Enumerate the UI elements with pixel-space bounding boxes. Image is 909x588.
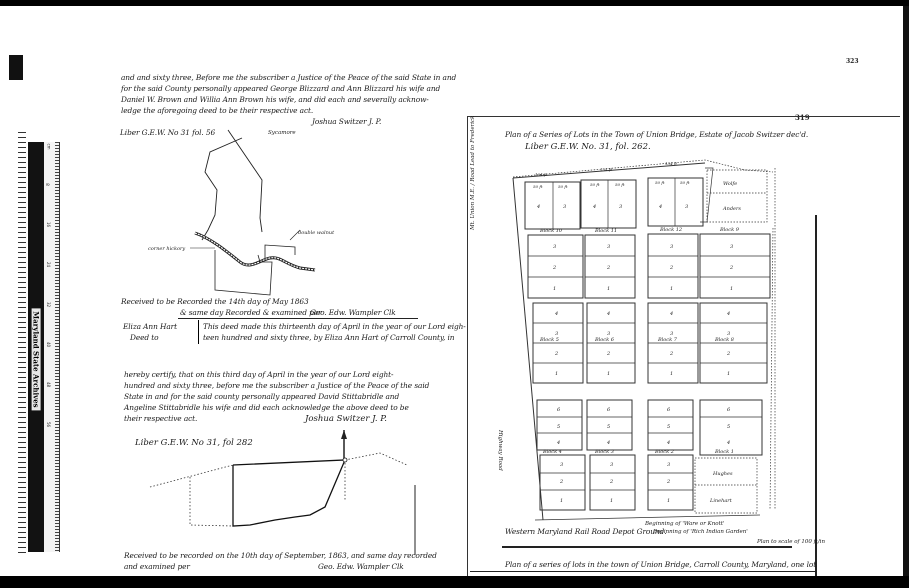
- svg-text:3: 3: [553, 244, 556, 250]
- svg-text:1: 1: [730, 286, 733, 292]
- depot-ground-label: Western Maryland Rail Road Depot Ground.: [505, 527, 666, 536]
- measurement-ruler: Maryland State Archives cm 8 16 24 32 40…: [4, 132, 60, 557]
- svg-text:4: 4: [554, 311, 558, 317]
- block-7-label: Block 7: [657, 337, 678, 343]
- beginning-note-1: Beginning of 'Ware or Knott': [645, 521, 725, 527]
- recorded-note-2-line-2: and examined per: [124, 562, 190, 571]
- block-3-label: Block 3: [594, 449, 614, 455]
- owner-anders: Anders: [722, 206, 741, 212]
- ruler-brand-label: Maryland State Archives: [28, 307, 44, 412]
- block-11-label: Block 11: [594, 228, 617, 234]
- entry-separator: [178, 318, 418, 319]
- scan-right-border: [903, 6, 909, 576]
- block-6-label: Block 6: [594, 337, 615, 343]
- svg-text:2: 2: [606, 265, 610, 271]
- survey-plat-2: [145, 425, 425, 555]
- svg-text:4: 4: [726, 440, 730, 446]
- block-9-label: Block 9: [719, 227, 740, 233]
- svg-text:3: 3: [555, 331, 558, 337]
- svg-text:1: 1: [670, 286, 673, 292]
- ack2-line-3: State in and for the said county persona…: [124, 392, 399, 401]
- svg-text:4: 4: [536, 204, 540, 210]
- bottom-plat-title: Plan of a series of lots in the town of …: [505, 560, 816, 569]
- ack1-line-1: and and sixty three, Before me the subsc…: [121, 73, 456, 82]
- deed-line-1: This deed made this thirteenth day of Ap…: [203, 322, 466, 331]
- svg-text:4: 4: [556, 440, 560, 446]
- svg-text:50 ft: 50 ft: [680, 180, 690, 185]
- deed-line-2: teen hundred and sixty three, by Eliza A…: [203, 333, 454, 342]
- svg-text:3: 3: [560, 462, 563, 468]
- recorded-note-2-line-1: Received to be recorded on the 10th day …: [124, 551, 437, 560]
- block-10-label: Block 10: [539, 228, 563, 234]
- svg-text:134 ft: 134 ft: [665, 161, 677, 166]
- svg-text:5: 5: [667, 424, 670, 430]
- block-2-label: Block 2: [654, 449, 674, 455]
- town-lots-plat: Block 10 Block 11 Block 12 Block 9 Block…: [495, 160, 795, 520]
- beginning-note-2: Beginning of 'Rich Indian Garden': [653, 529, 748, 535]
- sycamore-label: Sycamore: [268, 130, 296, 136]
- deed-margin-name: Eliza Ann Hart: [123, 322, 177, 331]
- svg-text:2: 2: [729, 265, 733, 271]
- svg-text:3: 3: [607, 244, 610, 250]
- svg-text:5: 5: [557, 424, 560, 430]
- svg-text:50 ft: 50 ft: [615, 182, 625, 187]
- svg-text:1: 1: [553, 286, 556, 292]
- svg-text:2: 2: [606, 351, 610, 357]
- block-4-label: Block 4: [542, 449, 562, 455]
- scan-bottom-border: [0, 576, 909, 588]
- ruler-cm-scale: cm 8 16 24 32 40 48 56: [44, 142, 60, 552]
- svg-text:2: 2: [609, 479, 613, 485]
- ack1-signature: Joshua Switzer J. P.: [312, 117, 381, 126]
- owner-wolfe: Wolfe: [723, 181, 737, 187]
- scale-note: Plan to scale of 100 ft/in: [757, 539, 825, 545]
- recorded-note-1-line-1: Received to be Recorded the 14th day of …: [121, 297, 309, 306]
- recorded-note-1-line-2: & same day Recorded & examined per: [180, 308, 321, 317]
- svg-text:4: 4: [669, 311, 673, 317]
- svg-text:3: 3: [670, 331, 673, 337]
- block-1-label: Block 1: [714, 449, 734, 455]
- ack2-signature: Joshua Switzer J. P.: [305, 414, 387, 424]
- svg-text:50 ft: 50 ft: [590, 182, 600, 187]
- ack1-line-4: ledge the aforegoing deed to be their re…: [121, 106, 313, 115]
- svg-text:4: 4: [666, 440, 670, 446]
- svg-text:134 ft: 134 ft: [535, 172, 547, 177]
- page-tab-marker: [9, 55, 23, 80]
- svg-text:1: 1: [607, 286, 610, 292]
- svg-text:6: 6: [557, 407, 561, 413]
- side-note-road: Mt. Union M.E. / Road Lead to Frederick: [470, 116, 476, 230]
- plat-title-line-2: Liber G.E.W. No. 31, fol. 262.: [525, 142, 651, 152]
- svg-text:1: 1: [555, 371, 558, 377]
- ack1-line-2: for the said County personally appeared …: [121, 84, 440, 93]
- recorded-note-1-clerk: Geo. Edw. Wampler Clk: [310, 308, 396, 317]
- ack2-line-1: hereby certify, that on this third day o…: [124, 370, 393, 379]
- svg-text:3: 3: [670, 244, 673, 250]
- double-walnut-label: double walnut: [298, 230, 335, 236]
- ruler-inch-ticks: [4, 132, 30, 557]
- page-number-outer: 323: [846, 58, 859, 65]
- svg-text:6: 6: [607, 407, 611, 413]
- svg-text:1: 1: [727, 371, 730, 377]
- svg-text:1: 1: [560, 498, 563, 504]
- svg-text:2: 2: [669, 351, 673, 357]
- block-12-label: Block 12: [659, 227, 682, 233]
- svg-text:3: 3: [607, 331, 610, 337]
- svg-text:1: 1: [670, 371, 673, 377]
- svg-text:1: 1: [610, 498, 613, 504]
- svg-text:3: 3: [619, 204, 622, 210]
- svg-text:5: 5: [607, 424, 610, 430]
- svg-text:134 ft: 134 ft: [600, 167, 612, 172]
- plat-title-line-1: Plan of a Series of Lots in the Town of …: [505, 130, 808, 139]
- block-5-label: Block 5: [539, 337, 559, 343]
- svg-text:1: 1: [667, 498, 670, 504]
- owner-linehart: Linehart: [709, 498, 733, 504]
- svg-text:2: 2: [559, 479, 563, 485]
- svg-text:4: 4: [726, 311, 730, 317]
- svg-text:2: 2: [666, 479, 670, 485]
- svg-text:3: 3: [727, 331, 730, 337]
- svg-text:1: 1: [607, 371, 610, 377]
- svg-text:3: 3: [610, 462, 613, 468]
- svg-text:3: 3: [685, 204, 688, 210]
- svg-text:3: 3: [667, 462, 670, 468]
- recorded-note-2-clerk: Geo. Edw. Wampler Clk: [318, 562, 404, 571]
- svg-text:2: 2: [554, 351, 558, 357]
- plat-right-border: [815, 215, 817, 576]
- svg-text:4: 4: [606, 440, 610, 446]
- svg-text:3: 3: [563, 204, 566, 210]
- svg-text:4: 4: [658, 204, 662, 210]
- svg-text:3: 3: [730, 244, 733, 250]
- svg-text:4: 4: [592, 204, 596, 210]
- bottom-underline: [470, 571, 815, 572]
- plat-bottom-rule: [502, 546, 792, 548]
- svg-text:2: 2: [726, 351, 730, 357]
- ack2-line-4: Angeline Stittabridle his wife and did e…: [124, 403, 409, 412]
- svg-text:50 ft: 50 ft: [558, 184, 568, 189]
- block-8-label: Block 8: [714, 337, 734, 343]
- svg-text:50 ft: 50 ft: [533, 184, 543, 189]
- ack2-line-2: hundred and sixty three, before me the s…: [124, 381, 429, 390]
- ack1-line-3: Daniel W. Brown and Willia Ann Brown his…: [121, 95, 429, 104]
- deed-margin-type: Deed to: [130, 333, 158, 342]
- svg-text:2: 2: [552, 265, 556, 271]
- deed-margin-divider: [198, 320, 199, 344]
- ack2-line-5: their respective act.: [124, 414, 197, 423]
- svg-text:4: 4: [606, 311, 610, 317]
- owner-hughes: Hughes: [712, 471, 733, 477]
- svg-text:6: 6: [667, 407, 671, 413]
- survey-plat-1: Sycamore corner hickory double walnut: [150, 130, 350, 295]
- svg-text:6: 6: [727, 407, 731, 413]
- svg-text:50 ft: 50 ft: [655, 180, 665, 185]
- corner-hickory-label: corner hickory: [148, 246, 185, 252]
- svg-text:5: 5: [727, 424, 730, 430]
- svg-text:2: 2: [669, 265, 673, 271]
